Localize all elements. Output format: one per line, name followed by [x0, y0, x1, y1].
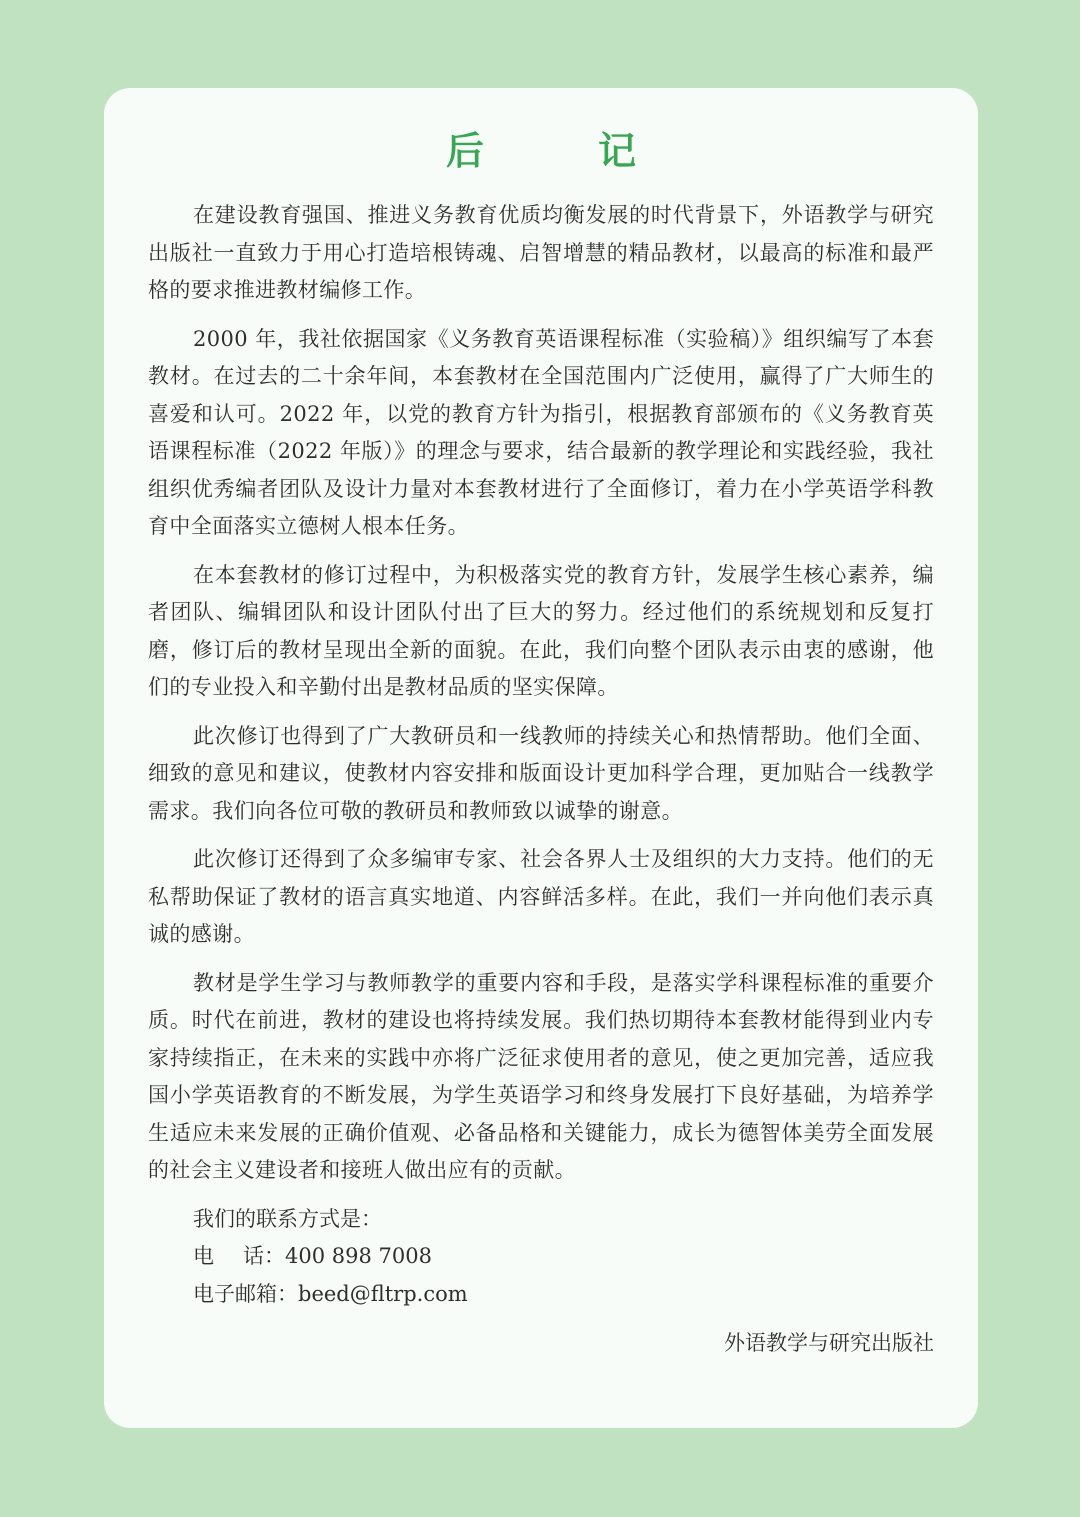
publisher-signature: 外语教学与研究出版社	[148, 1325, 934, 1363]
contact-section: 我们的联系方式是： 电话：400 898 7008 电子邮箱：beed@fltr…	[148, 1201, 934, 1314]
paragraph-revision-team: 在本套教材的修订过程中，为积极落实党的教育方针，发展学生核心素养，编者团队、编辑…	[148, 557, 934, 707]
phone-label-first: 电	[193, 1238, 243, 1276]
phone-label-second: 话：	[243, 1244, 285, 1268]
paragraph-outlook: 教材是学生学习与教师教学的重要内容和手段，是落实学科课程标准的重要介质。时代在前…	[148, 965, 934, 1190]
page-title: 后 记	[104, 126, 978, 176]
contact-intro: 我们的联系方式是：	[193, 1201, 934, 1239]
afterword-body: 在建设教育强国、推进义务教育优质均衡发展的时代背景下，外语教学与研究出版社一直致…	[148, 197, 934, 1363]
afterword-card: 后 记 在建设教育强国、推进义务教育优质均衡发展的时代背景下，外语教学与研究出版…	[104, 88, 978, 1428]
paragraph-history: 2000 年，我社依据国家《义务教育英语课程标准（实验稿）》组织编写了本套教材。…	[148, 321, 934, 546]
paragraph-experts-thanks: 此次修订还得到了众多编审专家、社会各界人士及组织的大力支持。他们的无私帮助保证了…	[148, 841, 934, 954]
email-label: 电子邮箱：	[193, 1282, 298, 1306]
phone-value: 400 898 7008	[285, 1244, 432, 1268]
paragraph-teachers-thanks: 此次修订也得到了广大教研员和一线教师的持续关心和热情帮助。他们全面、细致的意见和…	[148, 718, 934, 831]
email-value[interactable]: beed@fltrp.com	[298, 1282, 468, 1306]
paragraph-intro: 在建设教育强国、推进义务教育优质均衡发展的时代背景下，外语教学与研究出版社一直致…	[148, 197, 934, 310]
contact-phone: 电话：400 898 7008	[193, 1238, 934, 1276]
contact-email: 电子邮箱：beed@fltrp.com	[193, 1276, 934, 1314]
